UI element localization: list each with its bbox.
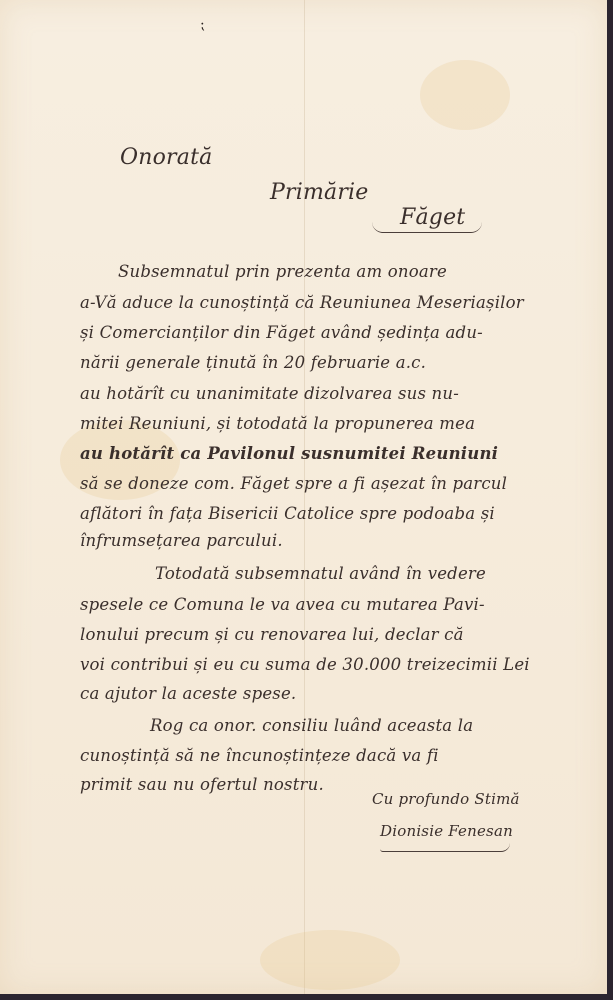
body-line: au hotărît ca Pavilonul susnumitei Reuni… xyxy=(80,444,498,463)
body-line: Subsemnatul prin prezenta am onoare xyxy=(118,262,447,281)
signature-flourish xyxy=(380,843,510,852)
flourish xyxy=(372,222,482,233)
body-line: spesele ce Comuna le va avea cu mutarea … xyxy=(80,595,485,614)
body-line: primit sau nu ofertul nostru. xyxy=(80,775,324,794)
body-line: Totodată subsemnatul având în vedere xyxy=(155,564,486,583)
paper-stain xyxy=(260,930,400,990)
body-line: cunoștință să ne încunoștințeze dacă va … xyxy=(80,746,439,765)
document-paper: ⁏ Onorată Primărie Făget Subsemnatul pri… xyxy=(0,0,607,994)
paper-stain xyxy=(420,60,510,130)
closing-line: Cu profundo Stimă xyxy=(372,790,520,808)
signature: Dionisie Fenesan xyxy=(380,822,513,840)
body-line: lonului precum și cu renovarea lui, decl… xyxy=(80,625,464,644)
salutation-line-1: Onorată xyxy=(120,145,212,170)
salutation-line-2: Primărie xyxy=(270,180,369,205)
body-line: înfrumsețarea parcului. xyxy=(80,531,283,550)
body-line: nării generale ținută în 20 februarie a.… xyxy=(80,353,426,372)
body-line: să se doneze com. Făget spre a fi așezat… xyxy=(80,474,507,493)
body-line: voi contribui și eu cu suma de 30.000 tr… xyxy=(80,655,530,674)
body-line: au hotărît cu unanimitate dizolvarea sus… xyxy=(80,384,459,403)
body-line: Rog ca onor. consiliu luând aceasta la xyxy=(150,716,473,735)
body-line: aflători în fața Bisericii Catolice spre… xyxy=(80,504,495,523)
body-line: mitei Reuniuni, și totodată la propunere… xyxy=(80,414,475,433)
body-line: ca ajutor la aceste spese. xyxy=(80,684,296,703)
body-line: și Comercianților din Făget având ședinț… xyxy=(80,323,483,342)
fold-crease xyxy=(304,0,305,994)
ink-mark: ⁏ xyxy=(200,20,204,42)
body-line: a-Vă aduce la cunoștință că Reuniunea Me… xyxy=(80,293,524,312)
